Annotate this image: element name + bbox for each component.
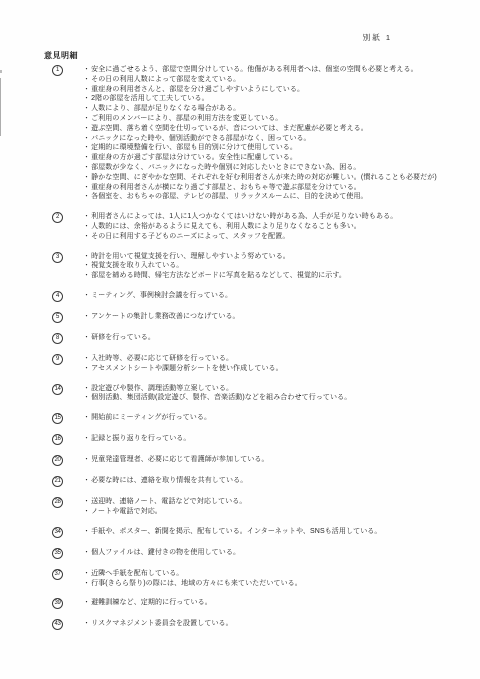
bullet-line: ・定期的に環境整備を行い、部屋も目的別に分けて使用している。	[83, 143, 437, 153]
item-number-badge: 1	[52, 65, 63, 76]
bullet-list: ・アンケートの集計し業務改善につなげている。	[83, 312, 240, 322]
bullet-line: ・その日に利用する子どものニーズによって、スタッフを配置。	[83, 232, 397, 242]
bullet-marker: ・	[83, 76, 90, 83]
bullet-marker: ・	[83, 262, 90, 269]
bullet-line: ・必要な時には、連絡を取り情報を共有している。	[83, 476, 247, 486]
bullet-list: ・個人ファイルは、鍵付きの物を使用している。	[83, 548, 240, 558]
item-number-badge: 5	[52, 312, 63, 323]
bullet-line: ・ご利用のメンバーにより、部屋の利用方法を変更している。	[83, 114, 437, 124]
bullet-text: 手紙や、ポスター、新聞を掲示、配布している。インターネットや、SNSも活用してい…	[91, 528, 381, 535]
bullet-marker: ・	[83, 253, 90, 260]
opinion-group: 15 ・開始前にミーティングが行っている。	[44, 413, 466, 424]
bullet-list: ・入社時等、必要に応じて研修を行っている。 ・アセスメントシートや課題分析シート…	[83, 354, 283, 374]
bullet-text: 記録と振り返りを行っている。	[91, 435, 190, 442]
bullet-text: 送迎時、連絡ノート、電話などで対応している。	[91, 498, 246, 505]
item-number-badge: 21	[52, 476, 63, 487]
bullet-line: ・アセスメントシートや課題分析シートを使い作成している。	[83, 364, 283, 374]
bullet-marker: ・	[83, 334, 90, 341]
bullet-line: ・安全に過ごせるよう、部屋で空間分けしている。他傷がある利用者へは、個室の空間も…	[83, 65, 437, 75]
opinion-group: 39 ・避難訓練など、定期的に行っている。	[44, 598, 466, 609]
scan-artifact	[0, 78, 1, 136]
bullet-marker: ・	[83, 135, 90, 142]
bullet-line: ・部屋数が少なく、パニックになった時や個別に対応したいときにできない為、困る。	[83, 163, 437, 173]
bullet-text: その日に利用する子どものニーズによって、スタッフを配置。	[91, 233, 289, 240]
bullet-list: ・利用者さんによっては、1人に1人つかなくてはいけない時がある為、人手が足りない…	[83, 212, 397, 241]
bullet-list: ・送迎時、連絡ノート、電話などで対応している。 ・ノートや電話で対応。	[83, 497, 246, 517]
item-number-badge: 4	[52, 291, 63, 302]
bullet-text: 重症身の利用者さんと、部屋を分け過ごしやすいようにしている。	[91, 86, 304, 93]
item-number-badge: 28	[52, 497, 63, 508]
bullet-text: 時計を用いて視覚支援を行い、理解しやすいよう努めている。	[91, 253, 290, 260]
bullet-marker: ・	[83, 599, 90, 606]
bullet-marker: ・	[83, 580, 90, 587]
bullet-line: ・人数的には、余裕があるように見えても、利用人数により足りなくなることも多い。	[83, 222, 397, 232]
bullet-marker: ・	[83, 174, 90, 181]
bullet-line: ・利用者さんによっては、1人に1人つかなくてはいけない時がある為、人手が足りない…	[83, 212, 397, 222]
bullet-marker: ・	[83, 355, 90, 362]
bullet-marker: ・	[83, 144, 90, 151]
bullet-text: パニックになった時や、個別活動ができる部屋がなく、困っている。	[91, 135, 311, 142]
document-page: 別紙 1 意見明細 1 ・安全に過ごせるよう、部屋で空間分けしている。他傷がある…	[0, 0, 480, 679]
bullet-line: ・個別活動、集団活動(設定遊び、製作、音楽活動)などを組み合わせて行っている。	[83, 393, 351, 403]
bullet-line: ・研修を行っている。	[83, 333, 155, 343]
bullet-text: 視覚支援を取り入れている。	[91, 262, 183, 269]
bullet-line: ・開始前にミーティングが行っている。	[83, 413, 211, 423]
opinion-group: 5 ・アンケートの集計し業務改善につなげている。	[44, 312, 466, 323]
bullet-marker: ・	[83, 184, 90, 191]
bullet-marker: ・	[83, 528, 90, 535]
bullet-line: ・各個室を、おもちゃの部屋、テレビの部屋、リラックスルームに、目的を決めて使用。	[83, 192, 437, 202]
bullet-text: 研修を行っている。	[91, 334, 155, 341]
bullet-marker: ・	[83, 233, 90, 240]
bullet-marker: ・	[83, 414, 90, 421]
bullet-list: ・必要な時には、連絡を取り情報を共有している。	[83, 476, 247, 486]
bullet-marker: ・	[83, 394, 90, 401]
bullet-line: ・行事(きらら祭り)の際には、地域の方々にも来ていただいている。	[83, 579, 302, 589]
bullet-line: ・時計を用いて視覚支援を行い、理解しやすいよう努めている。	[83, 252, 346, 262]
opinion-group: 37 ・近隣へ手紙を配布している。 ・行事(きらら祭り)の際には、地域の方々にも…	[44, 569, 466, 589]
bullet-marker: ・	[83, 213, 90, 220]
bullet-marker: ・	[83, 313, 90, 320]
bullet-text: 各個室を、おもちゃの部屋、テレビの部屋、リラックスルームに、目的を決めて使用。	[91, 193, 368, 200]
bullet-list: ・記録と振り返りを行っている。	[83, 434, 191, 444]
bullet-text: 設定遊びや製作、調理活動等立案している。	[91, 385, 233, 392]
bullet-list: ・児童発達管理者、必要に応じて看護師が参加している。	[83, 455, 269, 465]
bullet-line: ・部屋を締める時間、帰宅方法などボードに写真を貼るなどして、視覚的に示す。	[83, 271, 346, 281]
bullet-marker: ・	[83, 115, 90, 122]
bullet-line: ・ミーティング、事例検討会議を行っている。	[83, 291, 232, 301]
bullet-text: 安全に過ごせるよう、部屋で空間分けしている。他傷がある利用者へは、個室の空間も必…	[91, 66, 418, 73]
bullet-marker: ・	[83, 570, 90, 577]
bullet-line: ・遊ぶ空間、落ち着く空間を仕切っているが、音については、まだ配慮が必要と考える。	[83, 124, 437, 134]
bullet-list: ・設定遊びや製作、調理活動等立案している。 ・個別活動、集団活動(設定遊び、製作…	[83, 384, 351, 404]
bullet-line: ・送迎時、連絡ノート、電話などで対応している。	[83, 497, 246, 507]
opinion-group: 28 ・送迎時、連絡ノート、電話などで対応している。 ・ノートや電話で対応。	[44, 497, 466, 517]
bullet-marker: ・	[83, 66, 90, 73]
bullet-text: 近隣へ手紙を配布している。	[91, 570, 183, 577]
bullet-text: 行事(きらら祭り)の際には、地域の方々にも来ていただいている。	[91, 580, 302, 587]
bullet-line: ・重症身の利用者さんが横になり過ごす部屋と、おもちゃ等で遊ぶ部屋を分けている。	[83, 183, 437, 193]
opinion-group: 2 ・利用者さんによっては、1人に1人つかなくてはいけない時がある為、人手が足り…	[44, 212, 466, 241]
opinion-group: 9 ・入社時等、必要に応じて研修を行っている。 ・アセスメントシートや課題分析シ…	[44, 354, 466, 374]
item-number-badge: 8	[52, 333, 63, 344]
item-number-badge: 3	[52, 252, 63, 263]
opinion-group: 20 ・児童発達管理者、必要に応じて看護師が参加している。	[44, 455, 466, 466]
bullet-marker: ・	[83, 164, 90, 171]
bullet-list: ・研修を行っている。	[83, 333, 155, 343]
item-number-badge: 39	[52, 598, 63, 609]
bullet-line: ・避難訓練など、定期的に行っている。	[83, 598, 212, 608]
bullet-text: 開始前にミーティングが行っている。	[91, 414, 211, 421]
bullet-text: 部屋を締める時間、帰宅方法などボードに写真を貼るなどして、視覚的に示す。	[91, 272, 346, 279]
opinion-group: 4 ・ミーティング、事例検討会議を行っている。	[44, 291, 466, 302]
bullet-line: ・手紙や、ポスター、新聞を掲示、配布している。インターネットや、SNSも活用して…	[83, 527, 382, 537]
item-number-badge: 15	[52, 413, 63, 424]
bullet-marker: ・	[83, 456, 90, 463]
item-number-badge: 43	[52, 619, 63, 630]
bullet-text: 2階の部屋を活用して工夫している。	[91, 95, 209, 102]
bullet-marker: ・	[83, 620, 90, 627]
item-number-badge: 35	[52, 548, 63, 559]
bullet-marker: ・	[83, 105, 90, 112]
scan-artifact	[0, 70, 2, 73]
bullet-list: ・安全に過ごせるよう、部屋で空間分けしている。他傷がある利用者へは、個室の空間も…	[83, 65, 437, 202]
bullet-marker: ・	[83, 292, 90, 299]
bullet-line: ・個人ファイルは、鍵付きの物を使用している。	[83, 548, 240, 558]
bullet-line: ・パニックになった時や、個別活動ができる部屋がなく、困っている。	[83, 134, 437, 144]
bullet-text: 重症身の方が過ごす部屋は分けている。安全性に配慮している。	[91, 154, 297, 161]
bullet-text: 遊ぶ空間、落ち着く空間を仕切っているが、音については、まだ配慮が必要と考える。	[91, 125, 368, 132]
bullet-marker: ・	[83, 125, 90, 132]
bullet-marker: ・	[83, 435, 90, 442]
opinion-group: 34 ・手紙や、ポスター、新聞を掲示、配布している。インターネットや、SNSも活…	[44, 527, 466, 538]
bullet-marker: ・	[83, 477, 90, 484]
bullet-line: ・視覚支援を取り入れている。	[83, 261, 346, 271]
bullet-line: ・リスクマネジメント委員会を設置している。	[83, 619, 233, 629]
opinion-group: 21 ・必要な時には、連絡を取り情報を共有している。	[44, 476, 466, 487]
attachment-label: 別紙 1	[363, 32, 392, 43]
item-number-badge: 14	[52, 384, 63, 395]
bullet-line: ・その日の利用人数によって部屋を変えている。	[83, 75, 437, 85]
bullet-marker: ・	[83, 549, 90, 556]
bullet-text: ノートや電話で対応。	[91, 508, 162, 515]
item-number-badge: 2	[52, 212, 63, 223]
opinion-group: 35 ・個人ファイルは、鍵付きの物を使用している。	[44, 548, 466, 559]
opinion-group: 3 ・時計を用いて視覚支援を行い、理解しやすいよう努めている。 ・視覚支援を取り…	[44, 252, 466, 281]
bullet-text: 定期的に環境整備を行い、部屋も目的別に分けて使用している。	[91, 144, 297, 151]
bullet-text: ミーティング、事例検討会議を行っている。	[91, 292, 232, 299]
opinion-group: 8 ・研修を行っている。	[44, 333, 466, 344]
opinion-group: 16 ・記録と振り返りを行っている。	[44, 434, 466, 445]
bullet-list: ・リスクマネジメント委員会を設置している。	[83, 619, 233, 629]
bullet-line: ・アンケートの集計し業務改善につなげている。	[83, 312, 240, 322]
bullet-line: ・重症身の利用者さんと、部屋を分け過ごしやすいようにしている。	[83, 85, 437, 95]
bullet-text: 人数的には、余裕があるように見えても、利用人数により足りなくなることも多い。	[91, 223, 361, 230]
bullet-marker: ・	[83, 154, 90, 161]
bullet-line: ・人数により、部屋が足りなくなる場合がある。	[83, 104, 437, 114]
bullet-text: 部屋数が少なく、パニックになった時や個別に対応したいときにできない為、困る。	[91, 164, 360, 171]
bullet-list: ・避難訓練など、定期的に行っている。	[83, 598, 212, 608]
bullet-marker: ・	[83, 193, 90, 200]
bullet-text: アセスメントシートや課題分析シートを使い作成している。	[91, 365, 283, 372]
item-number-badge: 20	[52, 455, 63, 466]
bullet-marker: ・	[83, 498, 90, 505]
bullet-text: 児童発達管理者、必要に応じて看護師が参加している。	[91, 456, 269, 463]
bullet-text: アンケートの集計し業務改善につなげている。	[91, 313, 240, 320]
bullet-line: ・2階の部屋を活用して工夫している。	[83, 94, 437, 104]
opinion-group: 43 ・リスクマネジメント委員会を設置している。	[44, 619, 466, 630]
bullet-text: 人数により、部屋が足りなくなる場合がある。	[91, 105, 240, 112]
bullet-marker: ・	[83, 95, 90, 102]
bullet-marker: ・	[83, 86, 90, 93]
page-title: 意見明細	[44, 50, 466, 61]
bullet-line: ・記録と振り返りを行っている。	[83, 434, 191, 444]
bullet-list: ・開始前にミーティングが行っている。	[83, 413, 211, 423]
bullet-line: ・児童発達管理者、必要に応じて看護師が参加している。	[83, 455, 269, 465]
item-number-badge: 9	[52, 354, 63, 365]
bullet-text: ご利用のメンバーにより、部屋の利用方法を変更している。	[91, 115, 282, 122]
bullet-marker: ・	[83, 365, 90, 372]
bullet-text: 個別活動、集団活動(設定遊び、製作、音楽活動)などを組み合わせて行っている。	[91, 394, 351, 401]
document-content: 意見明細 1 ・安全に過ごせるよう、部屋で空間分けしている。他傷がある利用者へは…	[0, 0, 480, 630]
bullet-text: 必要な時には、連絡を取り情報を共有している。	[91, 477, 247, 484]
bullet-marker: ・	[83, 508, 90, 515]
bullet-marker: ・	[83, 223, 90, 230]
opinion-group: 14 ・設定遊びや製作、調理活動等立案している。 ・個別活動、集団活動(設定遊び…	[44, 384, 466, 404]
bullet-line: ・ノートや電話で対応。	[83, 507, 246, 517]
bullet-line: ・重症身の方が過ごす部屋は分けている。安全性に配慮している。	[83, 153, 437, 163]
opinion-group: 1 ・安全に過ごせるよう、部屋で空間分けしている。他傷がある利用者へは、個室の空…	[44, 65, 466, 202]
bullet-line: ・近隣へ手紙を配布している。	[83, 569, 302, 579]
bullet-list: ・手紙や、ポスター、新聞を掲示、配布している。インターネットや、SNSも活用して…	[83, 527, 382, 537]
bullet-text: リスクマネジメント委員会を設置している。	[91, 620, 233, 627]
item-number-badge: 16	[52, 434, 63, 445]
bullet-line: ・設定遊びや製作、調理活動等立案している。	[83, 384, 351, 394]
item-number-badge: 34	[52, 527, 63, 538]
bullet-text: 個人ファイルは、鍵付きの物を使用している。	[91, 549, 240, 556]
bullet-line: ・静かな空間、にぎやかな空間、それぞれを好む利用者さんが来た時の対応が難しい。(…	[83, 173, 437, 183]
bullet-line: ・入社時等、必要に応じて研修を行っている。	[83, 354, 283, 364]
item-number-badge: 37	[52, 569, 63, 580]
bullet-list: ・時計を用いて視覚支援を行い、理解しやすいよう努めている。 ・視覚支援を取り入れ…	[83, 252, 346, 281]
bullet-text: 入社時等、必要に応じて研修を行っている。	[91, 355, 233, 362]
bullet-text: その日の利用人数によって部屋を変えている。	[91, 76, 240, 83]
bullet-text: 重症身の利用者さんが横になり過ごす部屋と、おもちゃ等で遊ぶ部屋を分けている。	[91, 184, 361, 191]
bullet-text: 避難訓練など、定期的に行っている。	[91, 599, 212, 606]
bullet-marker: ・	[83, 272, 90, 279]
bullet-list: ・近隣へ手紙を配布している。 ・行事(きらら祭り)の際には、地域の方々にも来てい…	[83, 569, 302, 589]
bullet-text: 利用者さんによっては、1人に1人つかなくてはいけない時がある為、人手が足りない時…	[91, 213, 397, 220]
bullet-list: ・ミーティング、事例検討会議を行っている。	[83, 291, 232, 301]
bullet-marker: ・	[83, 385, 90, 392]
bullet-text: 静かな空間、にぎやかな空間、それぞれを好む利用者さんが来た時の対応が難しい。(慣…	[91, 174, 437, 181]
